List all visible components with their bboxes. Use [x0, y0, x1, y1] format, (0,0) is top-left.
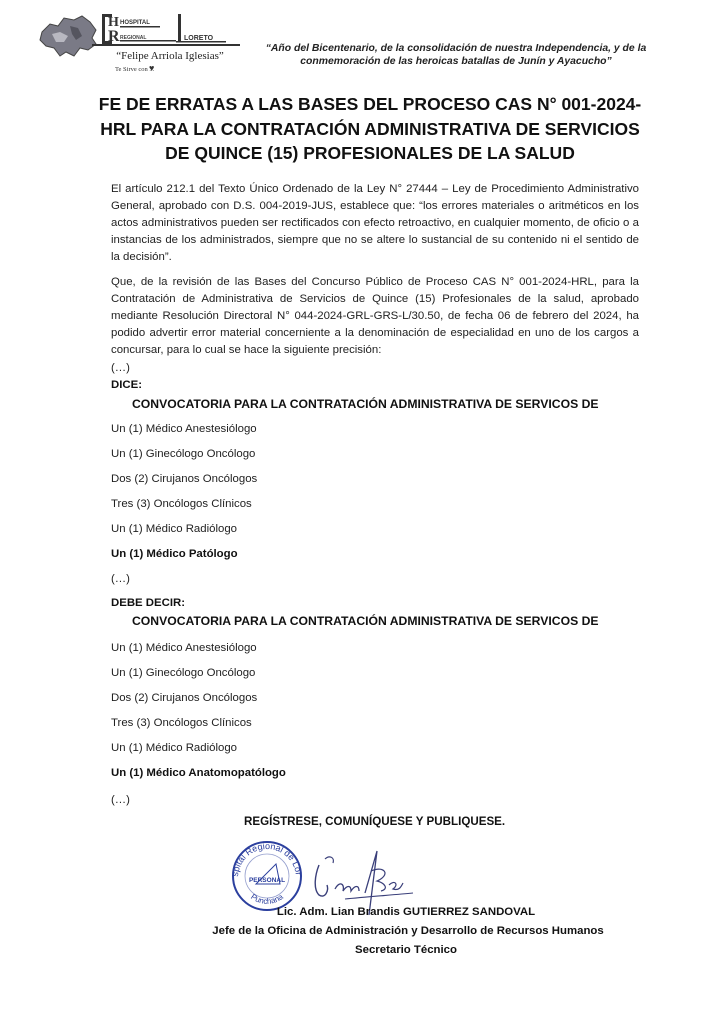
position-item: Un (1) Médico Anestesiólogo — [111, 423, 257, 435]
position-item: Un (1) Médico Radiólogo — [111, 742, 237, 754]
hospital-logo-wordmark: H HOSPITAL R REGIONAL LORETO — [100, 14, 240, 44]
title-line: FE DE ERRATAS A LAS BASES DEL PROCESO CA… — [70, 92, 670, 117]
signer-position: Jefe de la Oficina de Administración y D… — [46, 925, 724, 937]
signer-name: Lic. Adm. Lian Brandis GUTIERREZ SANDOVA… — [44, 906, 724, 918]
dice-ellipsis: (…) — [111, 573, 130, 585]
paragraph-legal-basis: El artículo 212.1 del Texto Único Ordena… — [111, 181, 639, 266]
position-item: Dos (2) Cirujanos Oncólogos — [111, 692, 257, 704]
svg-text:HOSPITAL: HOSPITAL — [120, 20, 150, 26]
dice-heading: CONVOCATORIA PARA LA CONTRATACIÓN ADMINI… — [132, 397, 599, 411]
ellipsis: (…) — [111, 362, 130, 374]
svg-text:Hospital Regional de Loreto: Hospital Regional de Loreto — [228, 838, 304, 877]
dice-label: DICE: — [111, 379, 142, 391]
loreto-map-icon — [38, 12, 100, 60]
year-motto-line: “Año del Bicentenario, de la consolidaci… — [206, 42, 706, 55]
signer-role: Secretario Técnico — [44, 944, 724, 956]
document-title: FE DE ERRATAS A LAS BASES DEL PROCESO CA… — [70, 92, 670, 166]
title-line: DE QUINCE (15) PROFESIONALES DE LA SALUD — [70, 141, 670, 166]
official-stamp-icon: Hospital Regional de Loreto Punchana PER… — [228, 838, 306, 912]
heart-icon: ♥ — [149, 63, 154, 73]
year-motto: “Año del Bicentenario, de la consolidaci… — [206, 42, 706, 68]
position-item: Dos (2) Cirujanos Oncólogos — [111, 473, 257, 485]
position-item: Tres (3) Oncólogos Clínicos — [111, 498, 252, 510]
debe-decir-ellipsis: (…) — [111, 794, 130, 806]
position-item: Un (1) Ginecólogo Oncólogo — [111, 448, 255, 460]
paragraph-review: Que, de la revisión de las Bases del Con… — [111, 274, 639, 359]
handwritten-signature-icon — [305, 845, 415, 915]
year-motto-line: conmemoración de las heroicas batallas d… — [206, 55, 706, 68]
position-item: Un (1) Médico Anestesiólogo — [111, 642, 257, 654]
svg-text:PERSONAL: PERSONAL — [249, 877, 285, 884]
svg-text:Punchana: Punchana — [249, 892, 285, 906]
svg-text:R: R — [108, 28, 120, 44]
svg-text:LORETO: LORETO — [184, 35, 214, 42]
position-item: Un (1) Ginecólogo Oncólogo — [111, 667, 255, 679]
closing-statement: REGÍSTRESE, COMUNÍQUESE Y PUBLIQUESE. — [244, 815, 505, 828]
position-item: Un (1) Médico Anatomopatólogo — [111, 767, 286, 779]
position-item: Tres (3) Oncólogos Clínicos — [111, 717, 252, 729]
position-item: Un (1) Médico Patólogo — [111, 548, 238, 560]
title-line: HRL PARA LA CONTRATACIÓN ADMINISTRATIVA … — [70, 117, 670, 142]
debe-decir-heading: CONVOCATORIA PARA LA CONTRATACIÓN ADMINI… — [132, 614, 599, 628]
position-item: Un (1) Médico Radiólogo — [111, 523, 237, 535]
debe-decir-label: DEBE DECIR: — [111, 597, 185, 609]
